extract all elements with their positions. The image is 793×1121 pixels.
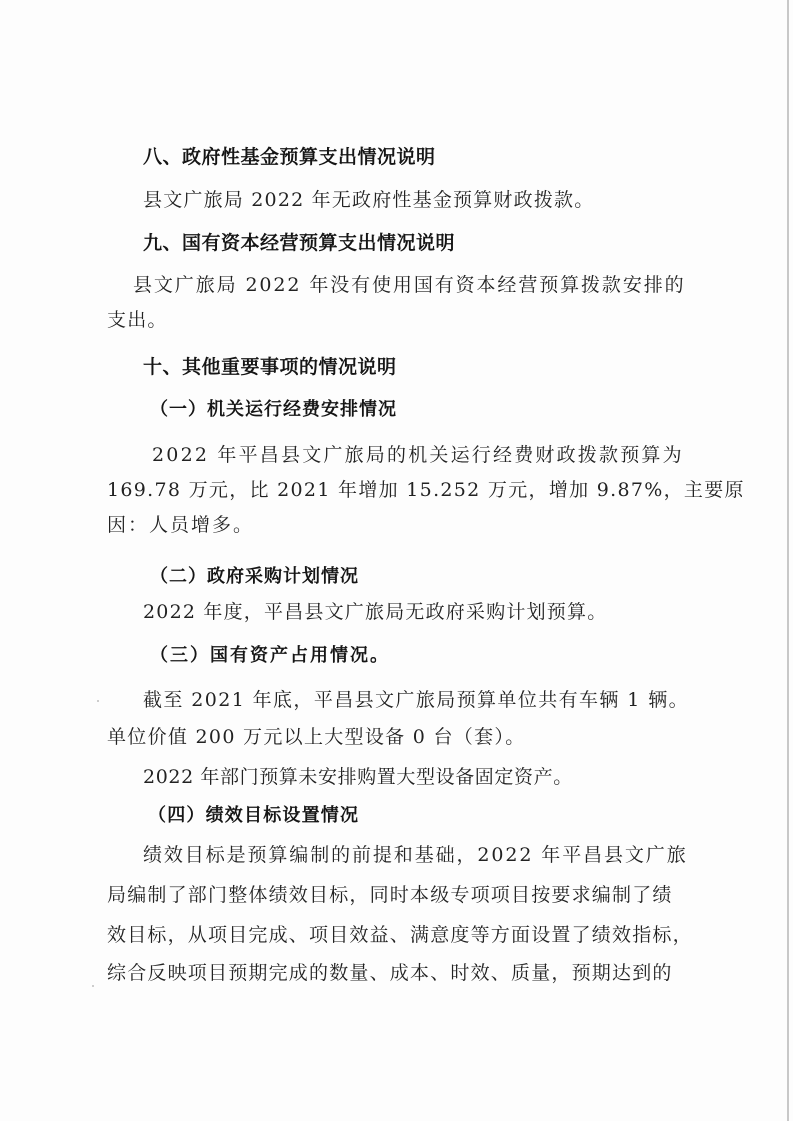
subsection-1-line-3: 因：人员增多。 [107, 513, 254, 537]
subsection-4-line-3: 效目标，从项目完成、项目效益、满意度等方面设置了绩效指标， [107, 923, 693, 947]
subsection-1-line-2: 169.78 万元，比 2021 年增加 15.252 万元，增加 9.87%，… [107, 478, 745, 502]
section-heading-10: 十、其他重要事项的情况说明 [143, 355, 397, 379]
subsection-heading-4: （四）绩效目标设置情况 [148, 804, 359, 828]
subsection-4-line-1: 绩效目标是预算编制的前提和基础，2022 年平昌县文广旅 [143, 843, 688, 867]
scan-speck [92, 985, 94, 987]
subsection-3-line-3: 2022 年部门预算未安排购置大型设备固定资产。 [143, 765, 573, 789]
scan-edge-line [787, 0, 789, 1121]
section-9-paragraph-line-1: 县文广旅局 2022 年没有使用国有资本经营预算拨款安排的 [133, 273, 686, 297]
scan-speck [97, 700, 99, 702]
section-heading-8: 八、政府性基金预算支出情况说明 [143, 145, 436, 169]
section-heading-9: 九、国有资本经营预算支出情况说明 [143, 231, 455, 255]
section-8-paragraph: 县文广旅局 2022 年无政府性基金预算财政拨款。 [143, 188, 594, 212]
subsection-4-line-4: 综合反映项目预期完成的数量、成本、时效、质量，预期达到的 [107, 961, 673, 985]
subsection-2-line-1: 2022 年度，平昌县文广旅局无政府采购计划预算。 [143, 600, 607, 624]
section-9-paragraph-line-2: 支出。 [107, 308, 168, 332]
subsection-heading-3: （三）国有资产占用情况。 [150, 644, 390, 668]
subsection-heading-2: （二）政府采购计划情况 [150, 565, 359, 589]
subsection-heading-1: （一）机关运行经费安排情况 [150, 398, 397, 422]
document-page: 八、政府性基金预算支出情况说明 县文广旅局 2022 年无政府性基金预算财政拨款… [0, 0, 793, 1121]
subsection-3-line-2: 单位价值 200 万元以上大型设备 0 台（套）。 [107, 725, 526, 749]
subsection-4-line-2: 局编制了部门整体绩效目标，同时本级专项项目按要求编制了绩 [107, 883, 673, 907]
subsection-3-line-1: 截至 2021 年底，平昌县文广旅局预算单位共有车辆 1 辆。 [143, 688, 689, 712]
subsection-1-line-1: 2022 年平昌县文广旅局的机关运行经费财政拨款预算为 [152, 443, 684, 467]
